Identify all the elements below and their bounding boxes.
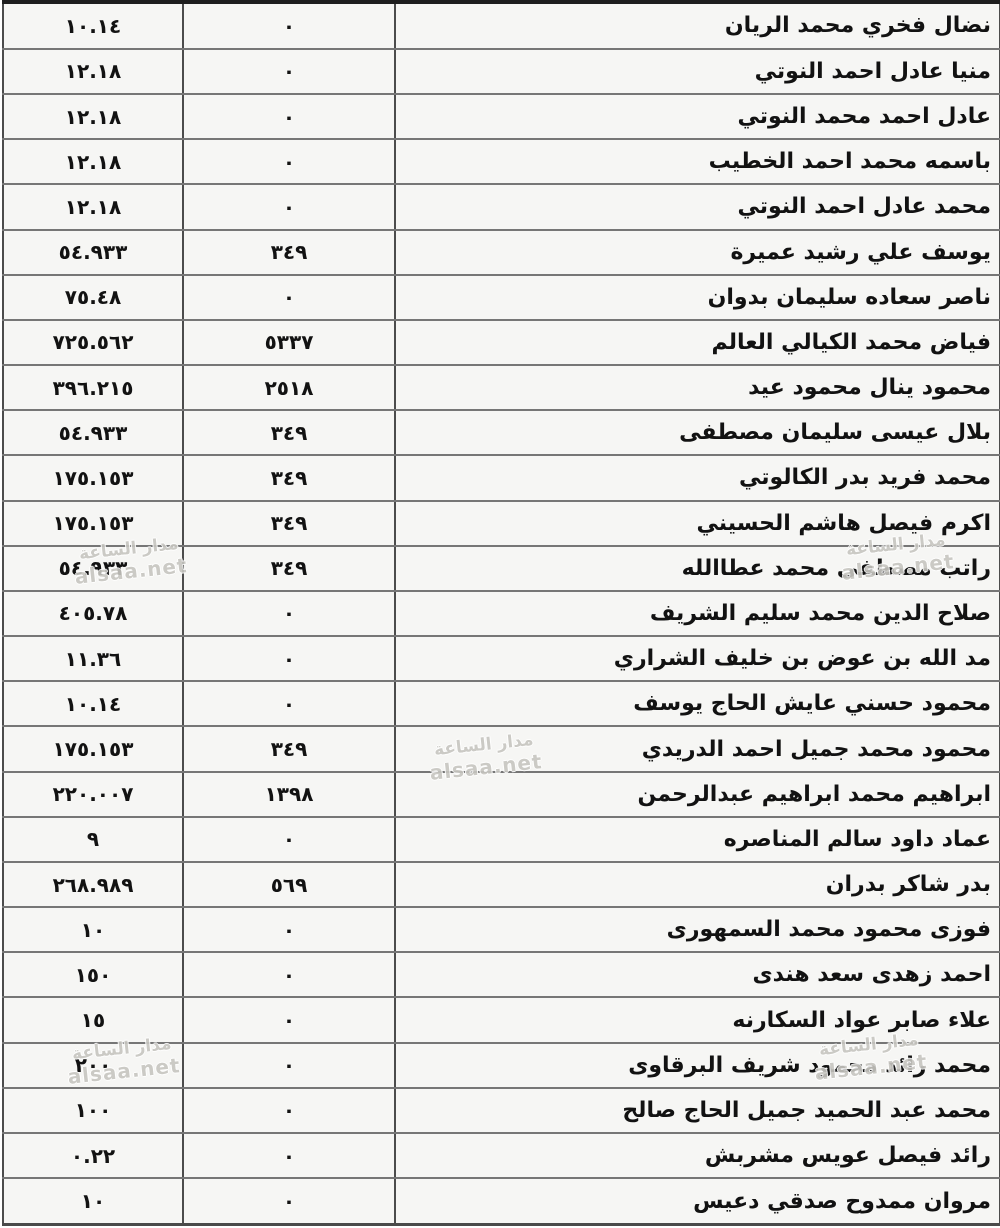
- middle-value: ٠: [183, 275, 395, 320]
- person-name: بدر شاكر بدران: [395, 862, 1000, 907]
- left-value: ١٢.١٨: [3, 184, 183, 229]
- table-row: محمود محمد جميل احمد الدريدي ٣٤٩ ١٧٥.١٥٣: [3, 726, 1000, 771]
- person-name: رائد فيصل عويس مشربش: [395, 1133, 1000, 1178]
- left-value: ٤٠٥.٧٨: [3, 591, 183, 636]
- table-row: محمد عادل احمد النوتي ٠ ١٢.١٨: [3, 184, 1000, 229]
- left-value: ١٠: [3, 907, 183, 952]
- middle-value: ٣٤٩: [183, 410, 395, 455]
- table-row: محمود ينال محمود عيد ٢٥١٨ ٣٩٦.٢١٥: [3, 365, 1000, 410]
- middle-value: ٣٤٩: [183, 230, 395, 275]
- person-name: بلال عيسى سليمان مصطفى: [395, 410, 1000, 455]
- table-row: علاء صابر عواد السكارنه ٠ ١٥: [3, 997, 1000, 1042]
- left-value: ٢٠٠: [3, 1043, 183, 1088]
- middle-value: ٠: [183, 1133, 395, 1178]
- person-name: عادل احمد محمد النوتي: [395, 94, 1000, 139]
- middle-value: ٣٤٩: [183, 501, 395, 546]
- records-table: نضال فخري محمد الريان ٠ ١٠.١٤ منيا عادل …: [2, 0, 1000, 1226]
- table-row: ناصر سعاده سليمان بدوان ٠ ٧٥.٤٨: [3, 275, 1000, 320]
- middle-value: ٢٥١٨: [183, 365, 395, 410]
- table-row: فياض محمد الكيالي العالم ٥٣٣٧ ٧٢٥.٥٦٢: [3, 320, 1000, 365]
- middle-value: ٠: [183, 1088, 395, 1133]
- table-row: عادل احمد محمد النوتي ٠ ١٢.١٨: [3, 94, 1000, 139]
- table-row: محمد فريد بدر الكالوتي ٣٤٩ ١٧٥.١٥٣: [3, 455, 1000, 500]
- middle-value: ٠: [183, 1178, 395, 1224]
- table-row: اكرم فيصل هاشم الحسيني ٣٤٩ ١٧٥.١٥٣: [3, 501, 1000, 546]
- table-row: نضال فخري محمد الريان ٠ ١٠.١٤: [3, 2, 1000, 49]
- left-value: ١٥: [3, 997, 183, 1042]
- left-value: ١٢.١٨: [3, 139, 183, 184]
- person-name: محمد عبد الحميد جميل الحاج صالح: [395, 1088, 1000, 1133]
- table-row: فوزى محمود محمد السمهورى ٠ ١٠: [3, 907, 1000, 952]
- person-name: عماد داود سالم المناصره: [395, 817, 1000, 862]
- middle-value: ٠: [183, 591, 395, 636]
- left-value: ٩: [3, 817, 183, 862]
- middle-value: ٠: [183, 49, 395, 94]
- person-name: محمود محمد جميل احمد الدريدي: [395, 726, 1000, 771]
- left-value: ٥٤.٩٣٣: [3, 546, 183, 591]
- left-value: ٥٤.٩٣٣: [3, 230, 183, 275]
- left-value: ٣٩٦.٢١٥: [3, 365, 183, 410]
- table-row: راتب مصطفى محمد عطاالله ٣٤٩ ٥٤.٩٣٣: [3, 546, 1000, 591]
- person-name: باسمه محمد احمد الخطيب: [395, 139, 1000, 184]
- table-row: رائد فيصل عويس مشربش ٠ ٠.٢٢: [3, 1133, 1000, 1178]
- middle-value: ٣٤٩: [183, 546, 395, 591]
- left-value: ١٥٠: [3, 952, 183, 997]
- left-value: ٥٤.٩٣٣: [3, 410, 183, 455]
- person-name: محمد عادل احمد النوتي: [395, 184, 1000, 229]
- left-value: ١٧٥.١٥٣: [3, 455, 183, 500]
- table-row: منيا عادل احمد النوتي ٠ ١٢.١٨: [3, 49, 1000, 94]
- person-name: مروان ممدوح صدقي دعيس: [395, 1178, 1000, 1224]
- scanned-table-page: نضال فخري محمد الريان ٠ ١٠.١٤ منيا عادل …: [0, 0, 1000, 1228]
- middle-value: ٠: [183, 952, 395, 997]
- left-value: ٢٦٨.٩٨٩: [3, 862, 183, 907]
- person-name: يوسف علي رشيد عميرة: [395, 230, 1000, 275]
- middle-value: ٠: [183, 997, 395, 1042]
- middle-value: ٠: [183, 184, 395, 229]
- middle-value: ٠: [183, 94, 395, 139]
- left-value: ١٢.١٨: [3, 94, 183, 139]
- table-row: محمد رائد محمود شريف البرقاوى ٠ ٢٠٠: [3, 1043, 1000, 1088]
- person-name: راتب مصطفى محمد عطاالله: [395, 546, 1000, 591]
- table-row: مد الله بن عوض بن خليف الشراري ٠ ١١.٣٦: [3, 636, 1000, 681]
- middle-value: ٠: [183, 817, 395, 862]
- middle-value: ٠: [183, 1043, 395, 1088]
- table-row: يوسف علي رشيد عميرة ٣٤٩ ٥٤.٩٣٣: [3, 230, 1000, 275]
- table-row: صلاح الدين محمد سليم الشريف ٠ ٤٠٥.٧٨: [3, 591, 1000, 636]
- left-value: ١٠: [3, 1178, 183, 1224]
- table-row: محمود حسني عايش الحاج يوسف ٠ ١٠.١٤: [3, 681, 1000, 726]
- person-name: محمد رائد محمود شريف البرقاوى: [395, 1043, 1000, 1088]
- middle-value: ٥٦٩: [183, 862, 395, 907]
- table-row: باسمه محمد احمد الخطيب ٠ ١٢.١٨: [3, 139, 1000, 184]
- person-name: ناصر سعاده سليمان بدوان: [395, 275, 1000, 320]
- table-row: بلال عيسى سليمان مصطفى ٣٤٩ ٥٤.٩٣٣: [3, 410, 1000, 455]
- person-name: فياض محمد الكيالي العالم: [395, 320, 1000, 365]
- left-value: ١٧٥.١٥٣: [3, 501, 183, 546]
- person-name: اكرم فيصل هاشم الحسيني: [395, 501, 1000, 546]
- left-value: ١٠.١٤: [3, 2, 183, 49]
- person-name: محمود ينال محمود عيد: [395, 365, 1000, 410]
- person-name: منيا عادل احمد النوتي: [395, 49, 1000, 94]
- person-name: محمود حسني عايش الحاج يوسف: [395, 681, 1000, 726]
- person-name: صلاح الدين محمد سليم الشريف: [395, 591, 1000, 636]
- person-name: محمد فريد بدر الكالوتي: [395, 455, 1000, 500]
- middle-value: ٠: [183, 2, 395, 49]
- records-table-body: نضال فخري محمد الريان ٠ ١٠.١٤ منيا عادل …: [3, 2, 1000, 1225]
- middle-value: ٣٤٩: [183, 455, 395, 500]
- table-row: عماد داود سالم المناصره ٠ ٩: [3, 817, 1000, 862]
- left-value: ٠.٢٢: [3, 1133, 183, 1178]
- left-value: ٧٢٥.٥٦٢: [3, 320, 183, 365]
- middle-value: ٠: [183, 907, 395, 952]
- left-value: ١٢.١٨: [3, 49, 183, 94]
- person-name: فوزى محمود محمد السمهورى: [395, 907, 1000, 952]
- left-value: ١٠.١٤: [3, 681, 183, 726]
- middle-value: ٥٣٣٧: [183, 320, 395, 365]
- table-row: محمد عبد الحميد جميل الحاج صالح ٠ ١٠٠: [3, 1088, 1000, 1133]
- person-name: ابراهيم محمد ابراهيم عبدالرحمن: [395, 772, 1000, 817]
- middle-value: ٠: [183, 636, 395, 681]
- middle-value: ٣٤٩: [183, 726, 395, 771]
- person-name: علاء صابر عواد السكارنه: [395, 997, 1000, 1042]
- left-value: ٢٢٠.٠٠٧: [3, 772, 183, 817]
- table-row: احمد زهدى سعد هندى ٠ ١٥٠: [3, 952, 1000, 997]
- left-value: ٧٥.٤٨: [3, 275, 183, 320]
- middle-value: ١٣٩٨: [183, 772, 395, 817]
- left-value: ١٧٥.١٥٣: [3, 726, 183, 771]
- left-value: ١١.٣٦: [3, 636, 183, 681]
- table-row: مروان ممدوح صدقي دعيس ٠ ١٠: [3, 1178, 1000, 1224]
- table-row: ابراهيم محمد ابراهيم عبدالرحمن ١٣٩٨ ٢٢٠.…: [3, 772, 1000, 817]
- person-name: نضال فخري محمد الريان: [395, 2, 1000, 49]
- table-row: بدر شاكر بدران ٥٦٩ ٢٦٨.٩٨٩: [3, 862, 1000, 907]
- person-name: احمد زهدى سعد هندى: [395, 952, 1000, 997]
- person-name: مد الله بن عوض بن خليف الشراري: [395, 636, 1000, 681]
- middle-value: ٠: [183, 139, 395, 184]
- left-value: ١٠٠: [3, 1088, 183, 1133]
- middle-value: ٠: [183, 681, 395, 726]
